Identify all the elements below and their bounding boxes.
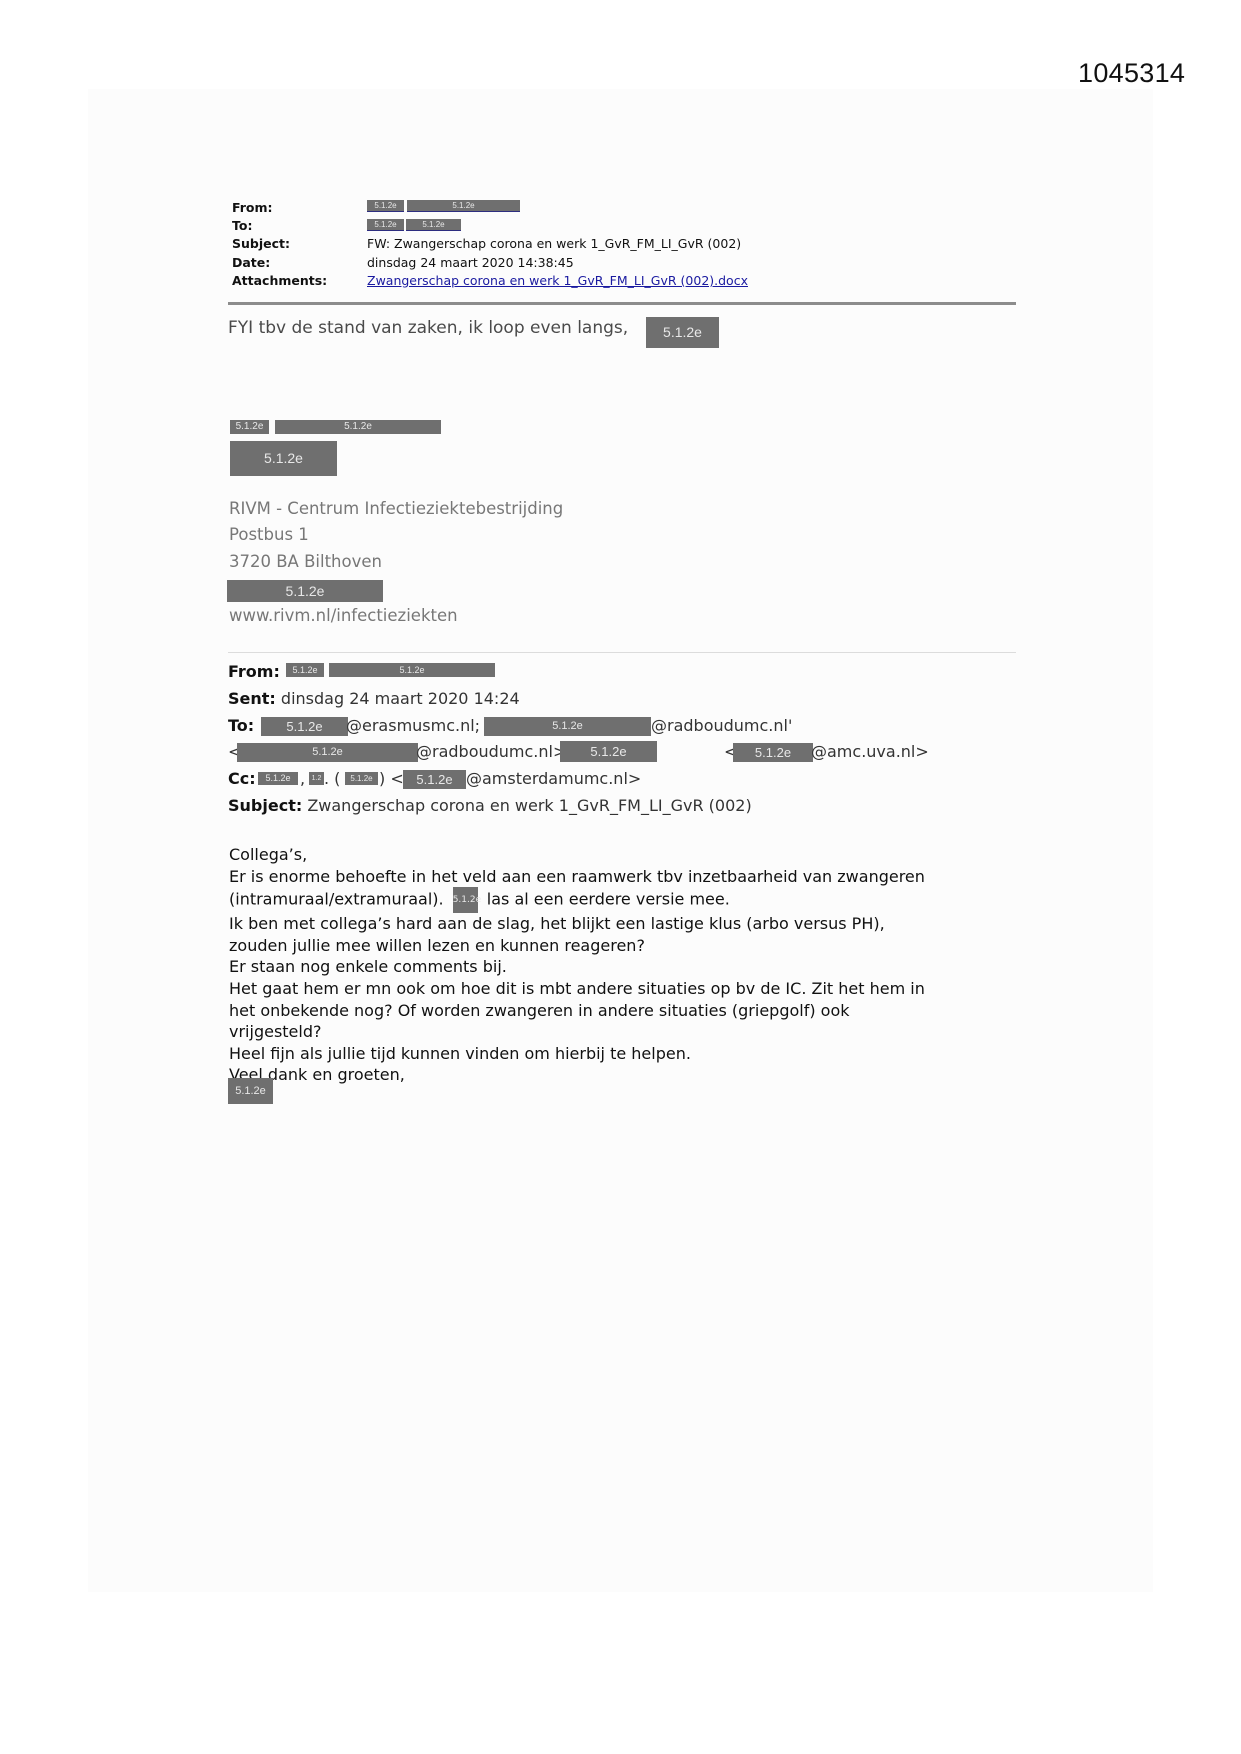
fwd-sent-value: dinsdag 24 maart 2020 14:24 bbox=[281, 689, 520, 708]
cc-comma: , bbox=[300, 769, 305, 788]
redaction-cc-1: 5.1.2e bbox=[258, 772, 298, 785]
attachment-link[interactable]: Zwangerschap corona en werk 1_GvR_FM_LI_… bbox=[367, 273, 748, 288]
redaction-sig-phone: 5.1.2e bbox=[227, 580, 383, 602]
to-radboud-domain-1: @radboudumc.nl' bbox=[651, 716, 792, 735]
fwd-to-label-row: To: bbox=[228, 716, 254, 735]
fwd-cc-label: Cc: bbox=[228, 769, 256, 788]
redaction-cc-4: 5.1.2e bbox=[403, 770, 466, 789]
fwd-from-label: From: bbox=[228, 662, 280, 681]
redaction-sig-1: 5.1.2e bbox=[230, 420, 269, 434]
body-line-2-before: (intramuraal/extramuraal). bbox=[229, 890, 444, 909]
redaction-to-1: 5.1.2e bbox=[367, 219, 404, 231]
fwd-to-label: To: bbox=[228, 716, 254, 735]
body-greeting: Collega’s, bbox=[229, 844, 925, 866]
body-line-7: het onbekende nog? Of worden zwangeren i… bbox=[229, 1000, 925, 1022]
redaction-cc-3: 5.1.2e bbox=[345, 772, 378, 785]
document-number: 1045314 bbox=[1078, 58, 1185, 89]
body-line-2-after: las al een eerdere versie mee. bbox=[487, 890, 730, 909]
body-line-1: Er is enorme behoefte in het veld aan ee… bbox=[229, 866, 925, 888]
body-line-2: (intramuraal/extramuraal). 5.1.2e las al… bbox=[229, 887, 925, 913]
redaction-sig-title: 5.1.2e bbox=[230, 441, 337, 476]
redaction-cc-2: 1.2 bbox=[309, 772, 324, 785]
header-attachments-value: Zwangerschap corona en werk 1_GvR_FM_LI_… bbox=[367, 273, 748, 288]
body-line-3: Ik ben met collega’s hard aan de slag, h… bbox=[229, 913, 925, 935]
body-line-8: vrijgesteld? bbox=[229, 1021, 925, 1043]
cc-close-paren: ) < bbox=[379, 769, 404, 788]
signature-website: www.rivm.nl/infectieziekten bbox=[229, 606, 458, 625]
redaction-to-2: 5.1.2e bbox=[406, 219, 461, 231]
redaction-to-amc: 5.1.2e bbox=[733, 743, 813, 762]
scanned-page bbox=[88, 89, 1153, 1592]
redaction-sig-2: 5.1.2e bbox=[275, 420, 441, 434]
body-line-6: Het gaat hem er mn ook om hoe dit is mbt… bbox=[229, 978, 925, 1000]
body-closing: Veel dank en groeten, bbox=[229, 1064, 925, 1086]
header-subject-label: Subject: bbox=[232, 236, 290, 251]
fwd-subject-label: Subject: bbox=[228, 796, 302, 815]
header-attachments-label: Attachments: bbox=[232, 273, 327, 288]
header-to-label: To: bbox=[232, 218, 252, 233]
header-subject-value: FW: Zwangerschap corona en werk 1_GvR_FM… bbox=[367, 236, 741, 251]
signature-org: RIVM - Centrum Infectieziektebestrijding bbox=[229, 499, 563, 518]
to-radboud-domain-2: @radboudumc.nl>; bbox=[416, 742, 572, 761]
email-body: Collega’s, Er is enorme behoefte in het … bbox=[229, 844, 925, 1086]
body-line-9: Heel fijn als jullie tijd kunnen vinden … bbox=[229, 1043, 925, 1065]
fwd-subject-row: Subject: Zwangerschap corona en werk 1_G… bbox=[228, 796, 752, 815]
redaction-body-name: 5.1.2e bbox=[453, 887, 478, 913]
redaction-fwd-from-2: 5.1.2e bbox=[329, 663, 495, 677]
forward-divider bbox=[228, 652, 1016, 653]
redaction-fyi-sender: 5.1.2e bbox=[646, 317, 719, 348]
signature-address2: 3720 BA Bilthoven bbox=[229, 552, 382, 571]
redaction-to-erasmus: 5.1.2e bbox=[261, 717, 348, 736]
cc-amsterdam-domain: @amsterdamumc.nl> bbox=[466, 769, 641, 788]
redaction-fwd-from-1: 5.1.2e bbox=[286, 663, 324, 677]
fwd-from-row: From: bbox=[228, 662, 280, 681]
header-date-label: Date: bbox=[232, 255, 270, 270]
to-amc-domain: @amc.uva.nl> bbox=[811, 742, 929, 761]
header-from-label: From: bbox=[232, 200, 273, 215]
fwd-subject-value: Zwangerschap corona en werk 1_GvR_FM_LI_… bbox=[307, 796, 751, 815]
fyi-message: FYI tbv de stand van zaken, ik loop even… bbox=[228, 318, 628, 338]
body-line-4: zouden jullie mee willen lezen en kunnen… bbox=[229, 935, 925, 957]
signature-address1: Postbus 1 bbox=[229, 525, 309, 544]
fwd-sent-row: Sent: dinsdag 24 maart 2020 14:24 bbox=[228, 689, 520, 708]
redaction-from-1: 5.1.2e bbox=[367, 200, 404, 212]
redaction-from-2: 5.1.2e bbox=[407, 200, 520, 212]
body-line-5: Er staan nog enkele comments bij. bbox=[229, 956, 925, 978]
cc-dot-paren: . ( bbox=[324, 769, 340, 788]
redaction-to-amc-name: 5.1.2e bbox=[560, 741, 657, 762]
fwd-cc-row: Cc: bbox=[228, 769, 256, 788]
redaction-body-signature: 5.1.2e bbox=[228, 1078, 273, 1104]
to-erasmus-domain: @erasmusmc.nl; ' bbox=[346, 716, 490, 735]
redaction-to-radboud-2: 5.1.2e bbox=[237, 743, 418, 762]
header-divider bbox=[228, 302, 1016, 305]
fwd-sent-label: Sent: bbox=[228, 689, 276, 708]
redaction-to-radboud-1: 5.1.2e bbox=[484, 717, 651, 736]
header-date-value: dinsdag 24 maart 2020 14:38:45 bbox=[367, 255, 574, 270]
